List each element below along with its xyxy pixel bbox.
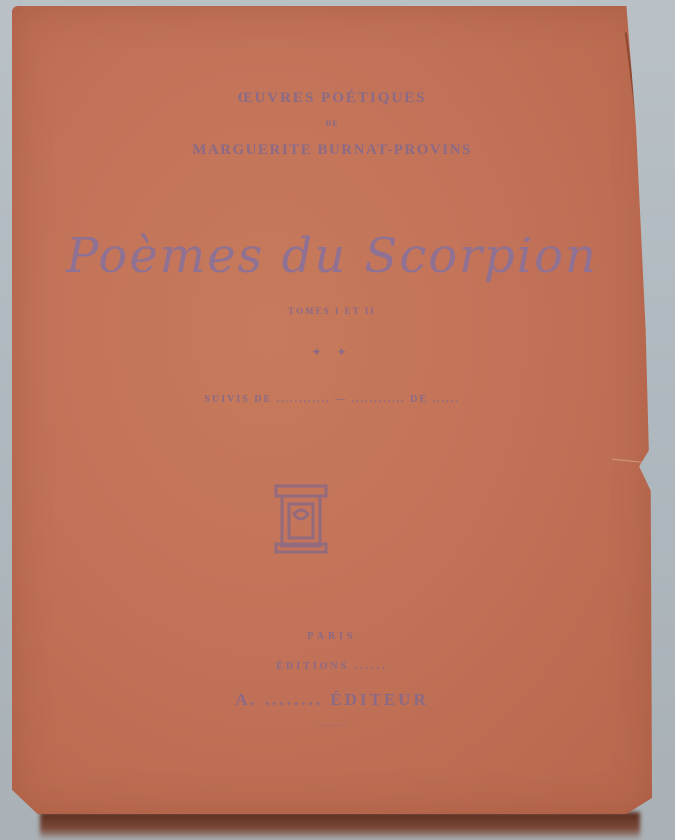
contents-line: SUIVIS DE ............ — ............ DE… [12, 394, 652, 405]
preposition: DE [12, 119, 652, 128]
publisher-address: ........ [12, 719, 652, 728]
publisher-mark-icon [274, 484, 328, 554]
cover-shadow [40, 812, 640, 840]
series-heading: ŒUVRES POÉTIQUES [12, 90, 652, 107]
volume-subtitle: TOMES I ET II [12, 306, 652, 316]
spine-crease [625, 32, 645, 181]
book-title: Poèmes du Scorpion [12, 228, 652, 284]
author-name: MARGUERITE BURNAT-PROVINS [12, 142, 652, 159]
book-cover: ŒUVRES POÉTIQUES DE MARGUERITE BURNAT-PR… [12, 6, 652, 814]
publisher-line-1: ÉDITIONS ...... [12, 661, 652, 672]
ornament-stars: ✦ ✦ [12, 345, 652, 360]
publisher-name: A. ........ ÉDITEUR [12, 690, 652, 710]
edge-tear [612, 459, 657, 465]
publication-place: PARIS [12, 631, 652, 642]
